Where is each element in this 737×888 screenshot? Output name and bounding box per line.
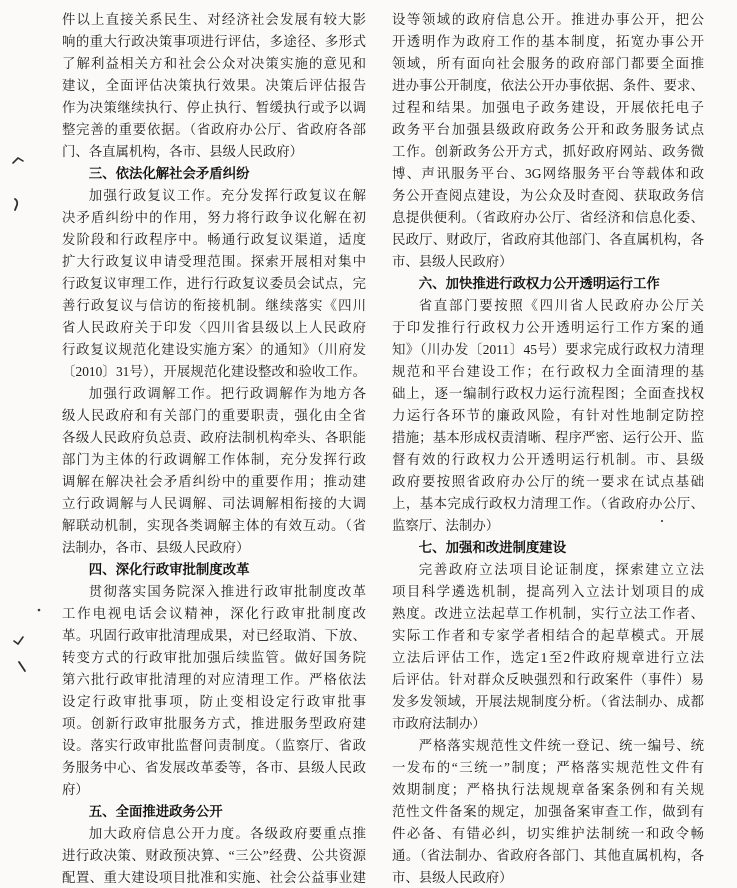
text-line: 省人民政府关于印发〈四川省县级以上人民政府: [62, 317, 366, 339]
text-line: 件必备、有错必纠，切实维护法制统一和政令畅: [392, 823, 704, 845]
section-heading: 六、加快推进行政权力公开透明运行工作: [392, 273, 704, 295]
text-line: 作为决策继续执行、停止执行、暂缓执行或予以调: [62, 97, 366, 119]
text-line: 加强行政复议工作。充分发挥行政复议在解: [62, 185, 366, 207]
text-line: 配置、重大建设项目批准和实施、社会公益事业建: [62, 867, 366, 888]
text-line: 进行政决策、财政预决算、“三公”经费、公共资源: [62, 845, 366, 867]
text-line: 解联动机制，实现各类调解主体的有效互动。（省: [62, 515, 366, 537]
text-line: 监察厅、法制办）: [392, 515, 704, 537]
text-line: 础上，逐一编制行政权力运行流程图；全面查找权: [392, 383, 704, 405]
text-line: 过程和结果。加强电子政务建设，开展依托电子: [392, 97, 704, 119]
text-line: 建议，全面评估决策执行效果。决策后评估报告: [62, 75, 366, 97]
text-line: 措施；基本形成权责清晰、程序严密、运行公开、监: [392, 427, 704, 449]
text-line: 工作。创新政务公开方式，抓好政府网站、政务微: [392, 141, 704, 163]
text-line: 政府要按照省政府办公厅的统一要求在试点基础: [392, 471, 704, 493]
text-line: 项。创新行政审批服务方式，推进服务型政府建: [62, 713, 366, 735]
text-line: 上，基本完成行政权力清理工作。（省政府办公厅、: [392, 493, 704, 515]
text-line: 督有效的行政权力公开透明运行机制。市、县级: [392, 449, 704, 471]
text-line: 务公开查阅点建设，为公众及时查阅、获取政务信: [392, 185, 704, 207]
scan-artifact-stroke: [19, 662, 25, 671]
text-line: 市、县级人民政府）: [392, 867, 704, 888]
text-line: 设定行政审批事项，防止变相设定行政审批事: [62, 691, 366, 713]
text-line: 设。落实行政审批监督问责制度。（监察厅、省政: [62, 735, 366, 757]
text-line: 项目科学遴选机制，提高列入立法计划项目的成: [392, 581, 704, 603]
text-line: 省直部门要按照《四川省人民政府办公厅关: [392, 295, 704, 317]
text-line: 转变方式的行政审批加强后续监管。做好国务院: [62, 647, 366, 669]
text-line: 后评估。针对群众反映强烈和行政案件（事件）易: [392, 669, 704, 691]
text-line: 知》（川办发〔2011〕45号）要求完成行政权力清理: [392, 339, 704, 361]
text-line: 熟度。改进立法起草工作机制，实行立法工作者、: [392, 603, 704, 625]
text-line: 立行政调解与人民调解、司法调解相衔接的大调: [62, 493, 366, 515]
text-line: 通。（省法制办、省政府各部门、其他直属机构，各: [392, 845, 704, 867]
text-line: 调解在解决社会矛盾纠纷中的重要作用；推动建: [62, 471, 366, 493]
text-line: 发阶段和行政程序中。畅通行政复议渠道，适度: [62, 229, 366, 251]
text-line: 善行政复议与信访的衔接机制。继续落实《四川: [62, 295, 366, 317]
scan-artifact-tick-1: [13, 158, 23, 163]
text-line: 力运行各环节的廉政风险，有针对性地制定防控: [392, 405, 704, 427]
text-line: 法制办，各市、县级人民政府）: [62, 537, 366, 559]
text-line: 范性文件备案的规定，加强备案审查工作，做到有: [392, 801, 704, 823]
section-heading: 五、全面推进政务公开: [62, 801, 366, 823]
section-heading: 七、加强和改进制度建设: [392, 537, 704, 559]
text-line: 第六批行政审批清理的对应清理工作。严格依法: [62, 669, 366, 691]
text-line: 实际工作者和专家学者相结合的起草模式。开展: [392, 625, 704, 647]
document-page: 件以上直接关系民生、对经济社会发展有较大影响的重大行政决策事项进行评估，多途径、…: [0, 0, 737, 888]
text-line: 行政复议规范化建设实施方案〉的通知》（川府发: [62, 339, 366, 361]
text-line: 各级人民政府负总责、政府法制机构牵头、各职能: [62, 427, 366, 449]
text-line: 完善政府立法项目论证制度，探索建立立法: [392, 559, 704, 581]
text-column-left: 件以上直接关系民生、对经济社会发展有较大影响的重大行政决策事项进行评估，多途径、…: [62, 9, 366, 888]
text-line: 部门为主体的行政调解工作体制，充分发挥行政: [62, 449, 366, 471]
text-line: 博、声讯服务平台、3G网络服务平台等载体和政: [392, 163, 704, 185]
text-line: 息提供便利。（省政府办公厅、省经济和信息化委、: [392, 207, 704, 229]
text-line: 决矛盾纠纷中的作用，努力将行政争议化解在初: [62, 207, 366, 229]
text-line: 务服务中心、省发展改革委等，各市、县级人民政: [62, 757, 366, 779]
text-line: 设等领域的政府信息公开。推进办事公开，把公: [392, 9, 704, 31]
text-line: 扩大行政复议申请受理范围。探索开展相对集中: [62, 251, 366, 273]
text-column-right: 设等领域的政府信息公开。推进办事公开，把公开透明作为政府工作的基本制度，拓宽办事…: [392, 9, 704, 888]
text-line: 市、县级人民政府）: [392, 251, 704, 273]
text-line: 工作电视电话会议精神，深化行政审批制度改: [62, 603, 366, 625]
text-line: 级人民政府和有关部门的重要职责，强化由全省: [62, 405, 366, 427]
text-line: 整完善的重要依据。（省政府办公厅、省政府各部: [62, 119, 366, 141]
section-heading: 四、深化行政审批制度改革: [62, 559, 366, 581]
text-line: 市政府法制办）: [392, 713, 704, 735]
text-line: 政务平台加强县级政府政务公开和政务服务试点: [392, 119, 704, 141]
text-line: 加大政府信息公开力度。各级政府要重点推: [62, 823, 366, 845]
text-line: 立法后评估工作，选定1至2件政府规章进行立法: [392, 647, 704, 669]
text-line: 发多发领域，开展法规制度分析。（省法制办、成都: [392, 691, 704, 713]
text-line: 件以上直接关系民生、对经济社会发展有较大影: [62, 9, 366, 31]
text-line: 进办事公开制度，依法公开办事依据、条件、要求、: [392, 75, 704, 97]
text-line: 加强行政调解工作。把行政调解作为地方各: [62, 383, 366, 405]
scan-artifact-dot-1: [38, 609, 41, 612]
text-line: 于印发推行行政权力公开透明运行工作方案的通: [392, 317, 704, 339]
text-line: 效期制度；严格执行法规规章备案条例和有关规: [392, 779, 704, 801]
text-line: 府）: [62, 779, 366, 801]
text-line: 贯彻落实国务院深入推进行政审批制度改革: [62, 581, 366, 603]
text-line: 行政复议审理工作，进行行政复议委员会试点，完: [62, 273, 366, 295]
text-line: 领域，所有面向社会服务的政府部门都要全面推: [392, 53, 704, 75]
text-line: 规范和平台建设工作；在行政权力全面清理的基: [392, 361, 704, 383]
text-line: 严格落实规范性文件统一登记、统一编号、统: [392, 735, 704, 757]
text-line: 革。巩固行政审批清理成果，对已经取消、下放、: [62, 625, 366, 647]
text-line: 开透明作为政府工作的基本制度，拓宽办事公开: [392, 31, 704, 53]
scan-artifact-tick-2: [14, 637, 23, 644]
text-line: 民政厅、财政厅，省政府其他部门、各直属机构，各: [392, 229, 704, 251]
text-line: 门、各直属机构，各市、县级人民政府）: [62, 141, 366, 163]
scan-artifact-comma: [15, 199, 17, 210]
section-heading: 三、依法化解社会矛盾纠纷: [62, 163, 366, 185]
text-line: 〔2010〕31号），开展规范化建设整改和验收工作。: [62, 361, 366, 383]
text-line: 一发布的“三统一”制度；严格落实规范性文件有: [392, 757, 704, 779]
text-line: 响的重大行政决策事项进行评估，多途径、多形式: [62, 31, 366, 53]
text-line: 了解利益相关方和社会公众对决策实施的意见和: [62, 53, 366, 75]
